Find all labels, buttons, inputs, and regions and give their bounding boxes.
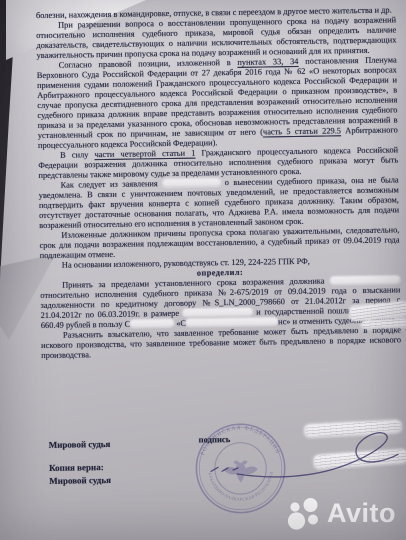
signature-label: подпись bbox=[199, 434, 231, 444]
text-run: «С bbox=[176, 319, 186, 328]
underlined-citation-part4: части четвертой статьи 1 bbox=[94, 149, 195, 160]
paragraph-ruling: Принять за пределами установленного срок… bbox=[40, 275, 401, 331]
redaction-blob bbox=[330, 275, 400, 284]
redaction-blob bbox=[186, 317, 278, 326]
signature-stroke bbox=[196, 419, 406, 497]
underlined-citation-points: пунктах 33, 34 bbox=[237, 57, 298, 67]
document-content: болезни, нахождения в командировке, отпу… bbox=[0, 0, 406, 540]
avito-watermark-text: Avito bbox=[327, 498, 396, 529]
avito-watermark: Avito bbox=[286, 497, 396, 530]
paragraph-debtor-statement: Как следует из заявления о вынесении суд… bbox=[39, 175, 400, 231]
document-photo: болезни, нахождения в командировке, отпу… bbox=[0, 0, 406, 540]
paragraph-clarification: Разъяснить взыскателю, что заявленное тр… bbox=[41, 325, 401, 361]
redaction-blob bbox=[183, 308, 253, 317]
text-run: Как следует из заявления bbox=[61, 179, 158, 190]
redaction-blob bbox=[130, 319, 174, 328]
underlined-citation-article: часть 5 статьи 229.5 bbox=[263, 126, 341, 136]
paragraph-restoration-rule: При разрешении вопроса о восстановлении … bbox=[36, 15, 397, 61]
avito-logo-icon bbox=[286, 497, 322, 530]
paragraph-plenum-position: Согласно правовой позиции, изложенной в … bbox=[37, 55, 398, 151]
judge-title-label: Мировой судья bbox=[49, 439, 111, 450]
copy-certified-label: Копия верна: bbox=[49, 462, 104, 473]
judge-title-label-2: Мировой судья bbox=[49, 475, 111, 486]
redaction-blob bbox=[162, 178, 220, 187]
document-text: болезни, нахождения в командировке, отпу… bbox=[36, 5, 401, 361]
text-run: В силу bbox=[60, 150, 95, 160]
